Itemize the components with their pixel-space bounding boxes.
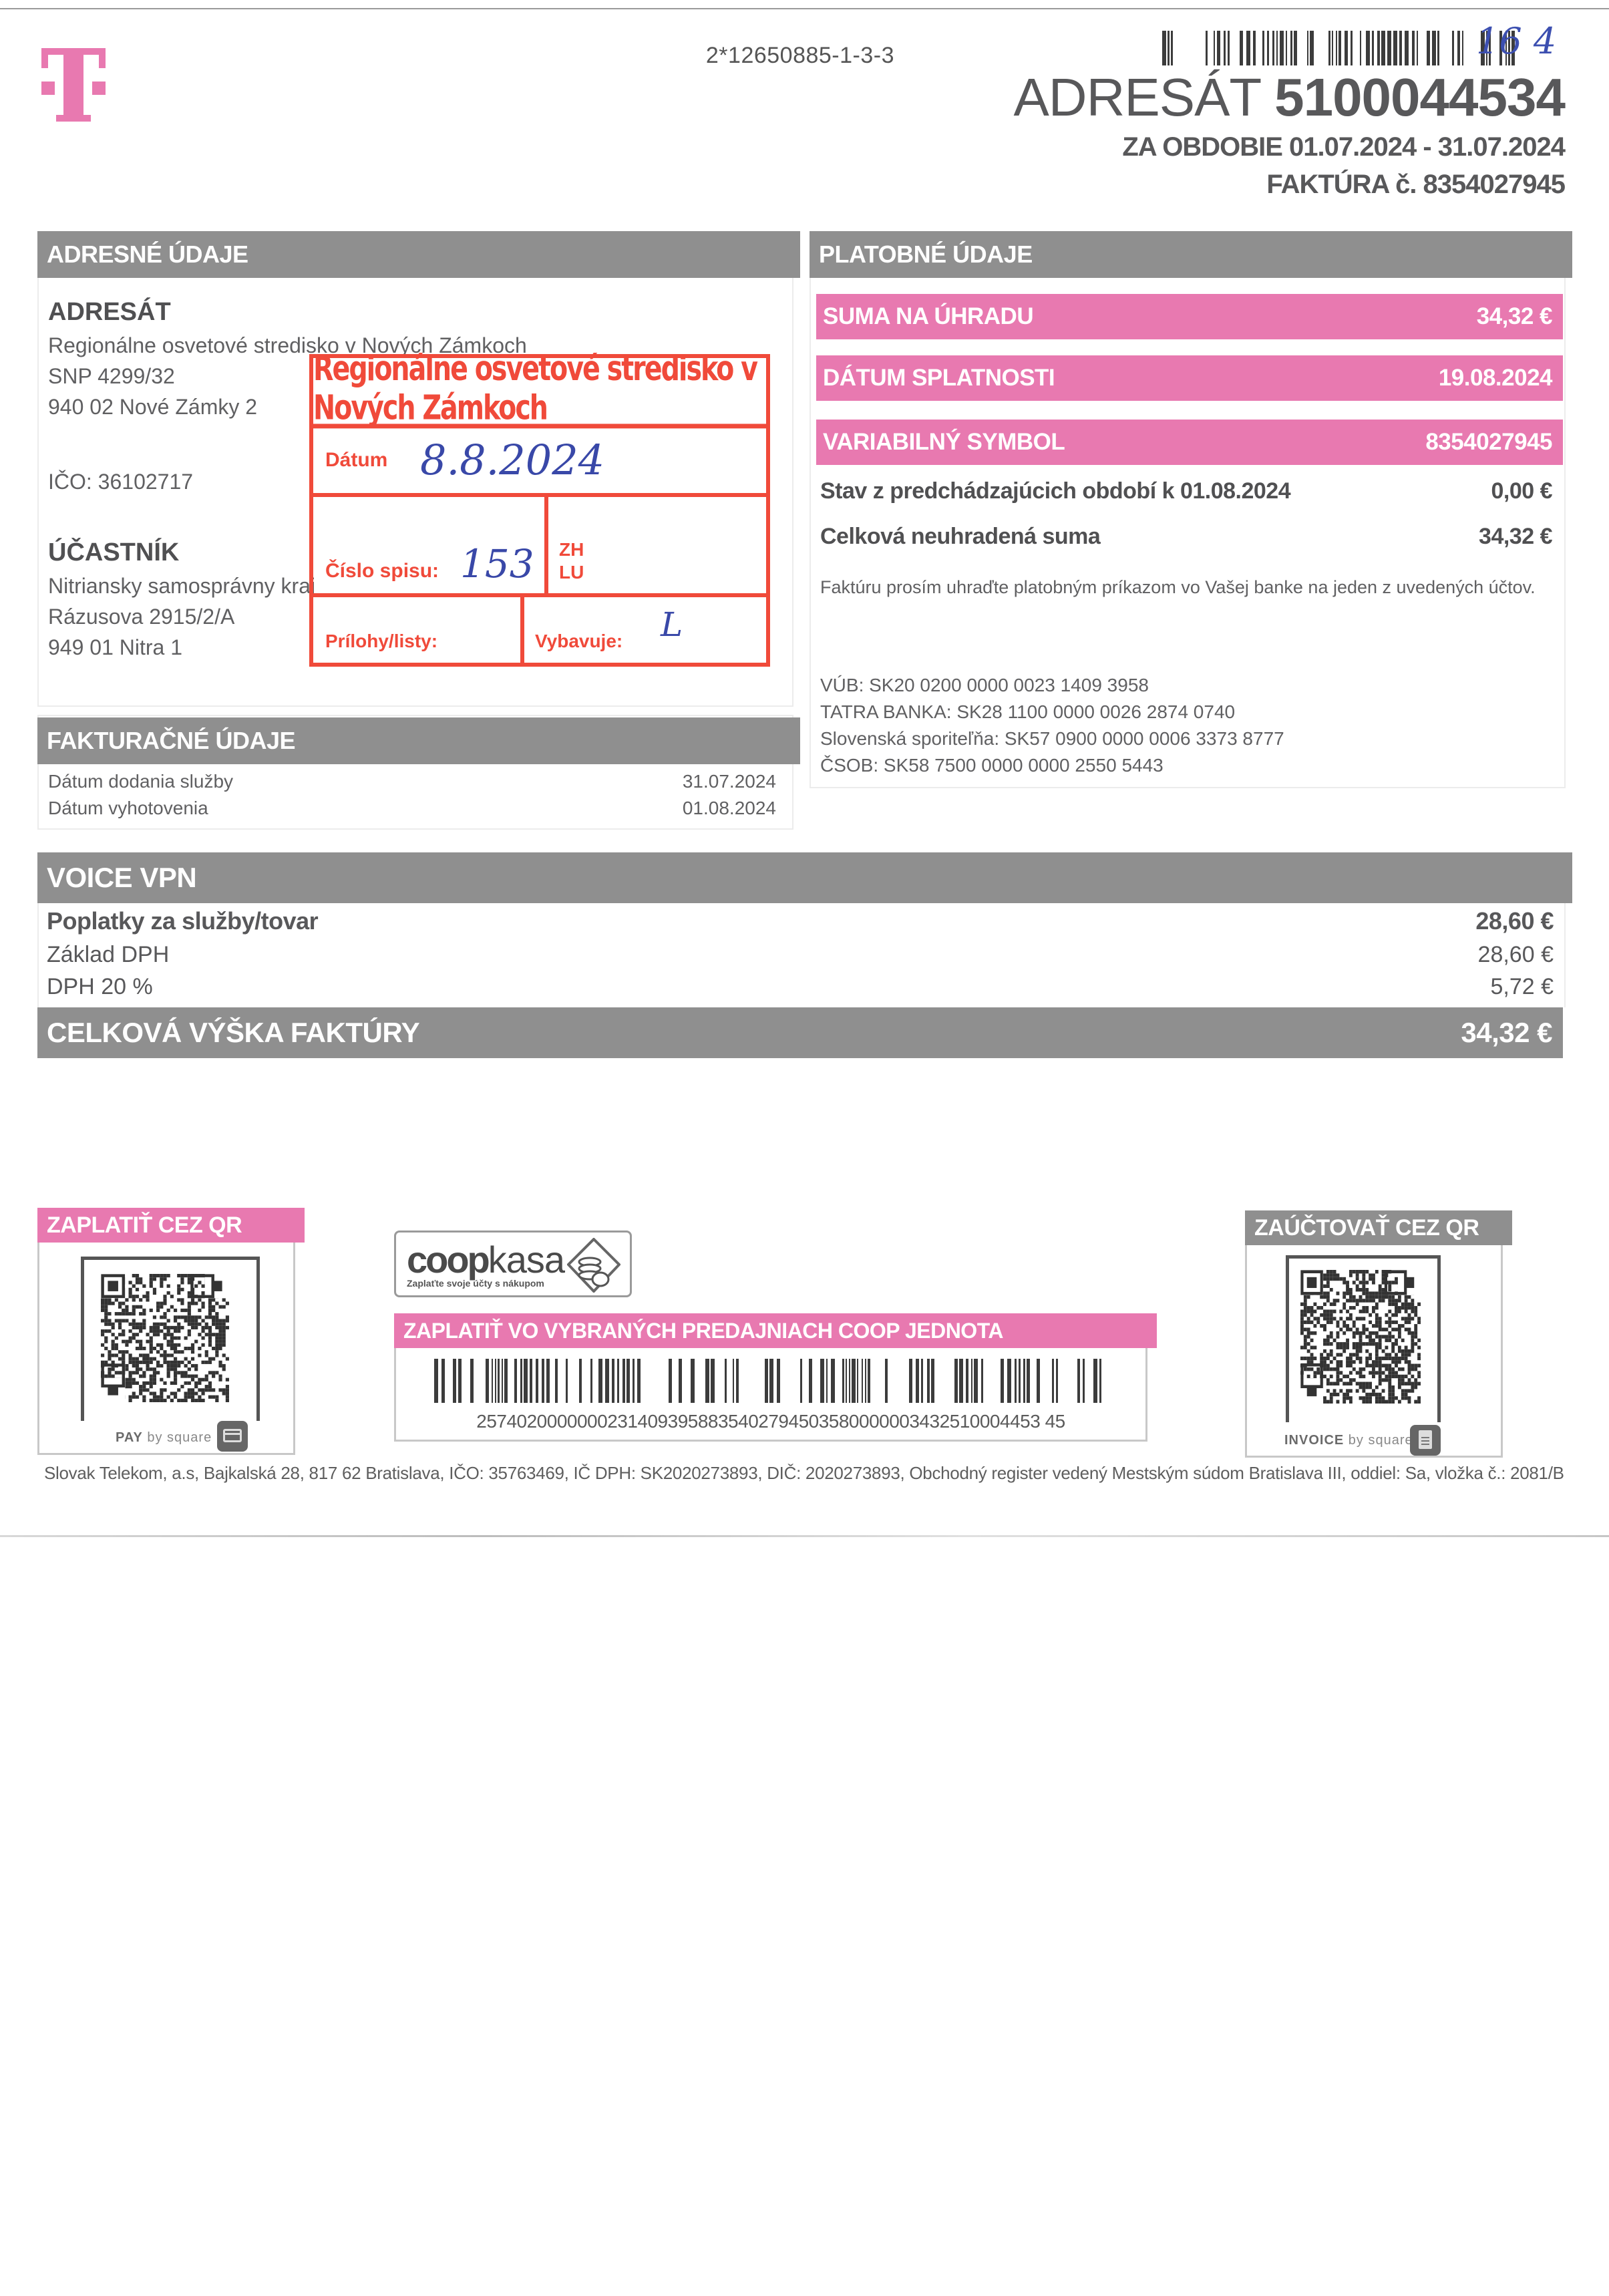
total-unpaid-label: Celková neuhradená suma: [820, 524, 1100, 550]
voice-vpn-title: VOICE VPN: [37, 852, 1572, 903]
amount-due-label: SUMA NA ÚHRADU: [823, 303, 1033, 330]
participant-line: Rázusova 2915/2/A: [48, 601, 315, 632]
vat-base-value: 28,60 €: [1478, 942, 1554, 968]
address-section-title: ADRESNÉ ÚDAJE: [37, 231, 800, 278]
vat-value: 5,72 €: [1490, 974, 1554, 1000]
bank-account: VÚB: SK20 0200 0000 0023 1409 3958: [820, 675, 1149, 696]
vat-base-label: Základ DPH: [47, 942, 169, 968]
due-date-value: 19.08.2024: [1439, 365, 1552, 391]
previous-balance-value: 0,00 €: [1491, 478, 1552, 504]
payment-instructions: Faktúru prosím uhraďte platobným príkazo…: [820, 577, 1536, 598]
invoice-by-square-box: ZAÚČTOVAŤ CEZ QR INVOICE by square: [1245, 1210, 1503, 1458]
addressee-number-value: 5100044534: [1274, 67, 1565, 127]
stamp-file-label: Číslo spisu:: [325, 560, 439, 583]
vat-label: DPH 20 %: [47, 974, 153, 1000]
invoice-total-row: CELKOVÁ VÝŠKA FAKTÚRY 34,32 €: [37, 1007, 1563, 1058]
coop-kasa-logo: coopkasa Zaplaťte svoje účty s nákupom: [394, 1231, 632, 1297]
stamp-date-value: 8.8.2024: [420, 436, 604, 484]
due-date-label: DÁTUM SPLATNOSTI: [823, 365, 1055, 391]
document-reference: 2*12650885-1-3-3: [706, 43, 894, 69]
stamp-attachments-label: Prílohy/listy:: [325, 631, 437, 652]
charges-row: Poplatky za služby/tovar 28,60 €: [47, 907, 1554, 935]
vat-base-row: Základ DPH 28,60 €: [47, 942, 1554, 968]
pay-by-square-box: ZAPLATIŤ CEZ QR PAY by square: [37, 1208, 295, 1455]
variable-symbol-row: VARIABILNÝ SYMBOL 8354027945: [816, 420, 1563, 465]
stamp-attachments-row: Prílohy/listy: Vybavuje: L: [313, 597, 766, 667]
pay-by-square-label: PAY by square: [116, 1430, 212, 1446]
pay-qr-title: ZAPLATIŤ CEZ QR: [37, 1208, 305, 1243]
billing-row-value: 31.07.2024: [683, 771, 776, 792]
addressee-heading: ADRESÁT: [48, 294, 527, 330]
invoice-qr-title: ZAÚČTOVAŤ CEZ QR: [1245, 1210, 1512, 1245]
stamp-date-row: Dátum 8.8.2024: [313, 424, 766, 497]
pay-qr-code[interactable]: [101, 1274, 229, 1402]
stamp-file-value: 153: [460, 541, 534, 587]
total-unpaid-row: Celková neuhradená suma 34,32 €: [820, 524, 1552, 550]
participant-heading: ÚČASTNÍK: [48, 534, 315, 570]
billing-row-value: 01.08.2024: [683, 798, 776, 819]
coins-icon: [567, 1238, 620, 1293]
charges-label: Poplatky za služby/tovar: [47, 907, 318, 935]
charges-value: 28,60 €: [1475, 907, 1554, 935]
stamp-date-label: Dátum: [325, 449, 387, 472]
total-unpaid-value: 34,32 €: [1479, 524, 1552, 550]
invoice-qr-code[interactable]: [1300, 1270, 1421, 1404]
stamp-handler-label: Vybavuje:: [535, 631, 622, 652]
company-footer: Slovak Telekom, a.s, Bajkalská 28, 817 6…: [44, 1463, 1564, 1484]
scan-fold-line: [0, 1535, 1609, 1537]
stamp-organization: Regionálne osvetové stredisko v Nových Z…: [313, 353, 766, 429]
invoice-total-label: CELKOVÁ VÝŠKA FAKTÚRY: [47, 1017, 419, 1049]
telekom-logo-icon: [41, 48, 106, 123]
registry-stamp: Regionálne osvetové stredisko v Nových Z…: [309, 354, 770, 667]
bank-account: ČSOB: SK58 7500 0000 0000 2550 5443: [820, 755, 1164, 776]
coop-kasa-tagline: Zaplaťte svoje účty s nákupom: [407, 1278, 544, 1289]
billing-row-label: Dátum dodania služby: [48, 771, 233, 792]
invoice-total-value: 34,32 €: [1461, 1017, 1552, 1049]
billing-row: Dátum dodania služby 31.07.2024: [48, 771, 776, 792]
header-barcode: [1162, 31, 1516, 65]
invoice-number: FAKTÚRA č. 8354027945: [1266, 170, 1565, 200]
due-date-row: DÁTUM SPLATNOSTI 19.08.2024: [816, 355, 1563, 401]
previous-balance-label: Stav z predchádzajúcich období k 01.08.2…: [820, 478, 1290, 504]
variable-symbol-label: VARIABILNÝ SYMBOL: [823, 429, 1065, 456]
coop-barcode-number: 2574020000000231409395883540279450358000…: [394, 1411, 1147, 1432]
scan-edge-line: [0, 8, 1609, 9]
coop-barcode[interactable]: [434, 1359, 1109, 1403]
participant-line: Nitriansky samosprávny kraj: [48, 570, 315, 601]
billing-row-label: Dátum vyhotovenia: [48, 798, 208, 819]
previous-balance-row: Stav z predchádzajúcich období k 01.08.2…: [820, 478, 1552, 504]
payment-section-title: PLATOBNÉ ÚDAJE: [810, 231, 1572, 278]
vat-row: DPH 20 % 5,72 €: [47, 974, 1554, 1000]
addressee-ico: IČO: 36102717: [48, 466, 193, 497]
document-icon: [1410, 1425, 1441, 1456]
invoice-by-square-label: INVOICE by square: [1284, 1433, 1413, 1448]
billing-period: ZA OBDOBIE 01.07.2024 - 31.07.2024: [1122, 132, 1565, 162]
bank-account: Slovenská sporiteľňa: SK57 0900 0000 000…: [820, 728, 1284, 750]
participant-line: 949 01 Nitra 1: [48, 632, 315, 663]
stamp-zh-lu: ZHLU: [559, 538, 584, 584]
variable-symbol-value: 8354027945: [1425, 429, 1552, 456]
handwritten-note: 16 4: [1476, 20, 1556, 62]
bank-account: TATRA BANKA: SK28 1100 0000 0026 2874 07…: [820, 701, 1235, 723]
coop-payment-title: ZAPLATIŤ VO VYBRANÝCH PREDAJNIACH COOP J…: [394, 1313, 1157, 1348]
stamp-handler-value: L: [661, 605, 683, 644]
stamp-file-row: Číslo spisu: 153 ZHLU: [313, 497, 766, 597]
amount-due-row: SUMA NA ÚHRADU 34,32 €: [816, 294, 1563, 339]
coop-kasa-wordmark: coopkasa: [407, 1238, 564, 1281]
billing-row: Dátum vyhotovenia 01.08.2024: [48, 798, 776, 819]
amount-due-value: 34,32 €: [1477, 303, 1552, 330]
billing-section-title: FAKTURAČNÉ ÚDAJE: [37, 717, 800, 764]
participant-block: ÚČASTNÍK Nitriansky samosprávny kraj Ráz…: [48, 534, 315, 663]
card-icon: [217, 1421, 248, 1452]
addressee-number-label: ADRESÁT: [1013, 67, 1260, 127]
addressee-number: ADRESÁT 5100044534: [1013, 67, 1565, 128]
